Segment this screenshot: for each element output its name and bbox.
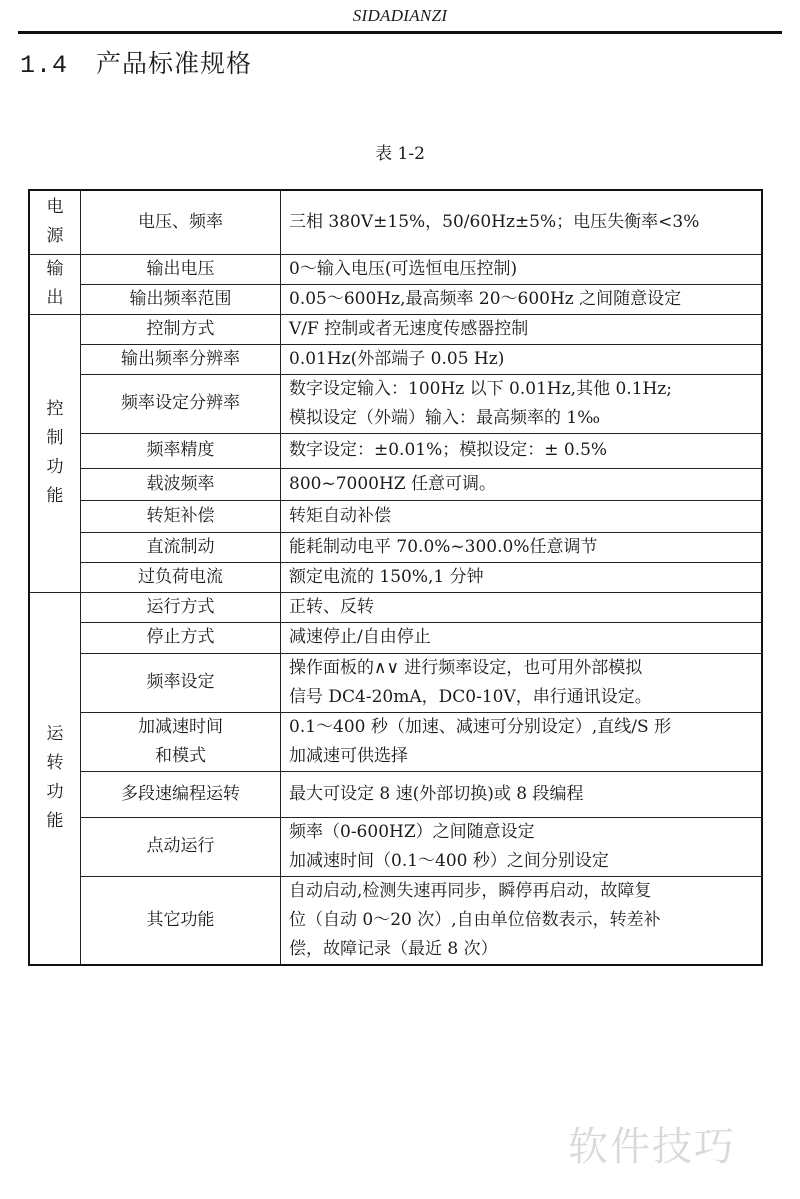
table-row: 控制功能控制方式V/F 控制或者无速度传感器控制 [29, 314, 762, 344]
row-value: 转矩自动补偿 [281, 500, 763, 532]
row-value: 正转、反转 [281, 592, 763, 622]
row-value: 0.1～400 秒（加速、减速可分别设定）,直线/S 形加减速可供选择 [281, 712, 763, 771]
table-row: 停止方式减速停止/自由停止 [29, 622, 762, 653]
row-value: 数字设定输入：100Hz 以下 0.01Hz,其他 0.1Hz;模拟设定（外端）… [281, 374, 763, 433]
table-row: 直流制动能耗制动电平 70.0%~300.0%任意调节 [29, 532, 762, 562]
section-title: 产品标准规格 [96, 49, 252, 78]
row-value: 自动启动,检测失速再同步，瞬停再启动，故障复位（自动 0～20 次）,自由单位倍… [281, 876, 763, 965]
table-row: 输出频率分辨率0.01Hz(外部端子 0.05 Hz) [29, 344, 762, 374]
row-label: 加减速时间和模式 [81, 712, 281, 771]
table-row: 电源电压、频率三相 380V±15%，50/60Hz±5%；电压失衡率<3% [29, 190, 762, 254]
row-label: 控制方式 [81, 314, 281, 344]
row-label: 运行方式 [81, 592, 281, 622]
table-row: 频率精度数字设定：±0.01%；模拟设定：± 0.5% [29, 433, 762, 468]
row-label: 多段速编程运转 [81, 771, 281, 817]
table-row: 频率设定分辨率数字设定输入：100Hz 以下 0.01Hz,其他 0.1Hz;模… [29, 374, 762, 433]
row-value: 额定电流的 150%,1 分钟 [281, 562, 763, 592]
group-cell: 控制功能 [29, 314, 81, 592]
row-label: 输出电压 [81, 254, 281, 284]
group-cell: 运转功能 [29, 592, 81, 965]
row-label: 频率设定 [81, 653, 281, 712]
row-value: 数字设定：±0.01%；模拟设定：± 0.5% [281, 433, 763, 468]
group-cell: 电源 [29, 190, 81, 254]
row-label: 频率设定分辨率 [81, 374, 281, 433]
table-row: 转矩补偿转矩自动补偿 [29, 500, 762, 532]
table-row: 其它功能自动启动,检测失速再同步，瞬停再启动，故障复位（自动 0～20 次）,自… [29, 876, 762, 965]
row-label: 载波频率 [81, 468, 281, 500]
spec-table: 电源电压、频率三相 380V±15%，50/60Hz±5%；电压失衡率<3%输出… [28, 189, 763, 966]
table-row: 加减速时间和模式0.1～400 秒（加速、减速可分别设定）,直线/S 形加减速可… [29, 712, 762, 771]
row-value: 0～输入电压(可选恒电压控制) [281, 254, 763, 284]
table-row: 点动运行频率（0-600HZ）之间随意设定加减速时间（0.1～400 秒）之间分… [29, 817, 762, 876]
row-label: 输出频率分辨率 [81, 344, 281, 374]
section-number: 1.4 [20, 51, 68, 80]
row-label: 停止方式 [81, 622, 281, 653]
running-header-brand: SIDADIANZI [0, 6, 800, 26]
row-value: 0.05～600Hz,最高频率 20～600Hz 之间随意设定 [281, 284, 763, 314]
header-rule [18, 31, 782, 34]
table-caption: 表 1-2 [0, 139, 800, 164]
row-value: 三相 380V±15%，50/60Hz±5%；电压失衡率<3% [281, 190, 763, 254]
row-label: 频率精度 [81, 433, 281, 468]
table-row: 运转功能运行方式正转、反转 [29, 592, 762, 622]
row-value: V/F 控制或者无速度传感器控制 [281, 314, 763, 344]
section-heading: 1.4产品标准规格 [20, 44, 252, 80]
row-value: 800~7000HZ 任意可调。 [281, 468, 763, 500]
table-row: 频率设定操作面板的∧∨ 进行频率设定，也可用外部模拟信号 DC4-20mA，DC… [29, 653, 762, 712]
row-label: 输出频率范围 [81, 284, 281, 314]
row-value: 频率（0-600HZ）之间随意设定加减速时间（0.1～400 秒）之间分别设定 [281, 817, 763, 876]
group-cell: 输出 [29, 254, 81, 314]
row-label: 点动运行 [81, 817, 281, 876]
row-label: 过负荷电流 [81, 562, 281, 592]
row-value: 操作面板的∧∨ 进行频率设定，也可用外部模拟信号 DC4-20mA，DC0-10… [281, 653, 763, 712]
row-value: 减速停止/自由停止 [281, 622, 763, 653]
row-value: 0.01Hz(外部端子 0.05 Hz) [281, 344, 763, 374]
row-value: 能耗制动电平 70.0%~300.0%任意调节 [281, 532, 763, 562]
table-row: 载波频率800~7000HZ 任意可调。 [29, 468, 762, 500]
table-row: 输出输出电压0～输入电压(可选恒电压控制) [29, 254, 762, 284]
row-label: 直流制动 [81, 532, 281, 562]
table-row: 多段速编程运转最大可设定 8 速(外部切换)或 8 段编程 [29, 771, 762, 817]
table-row: 输出频率范围0.05～600Hz,最高频率 20～600Hz 之间随意设定 [29, 284, 762, 314]
row-value: 最大可设定 8 速(外部切换)或 8 段编程 [281, 771, 763, 817]
row-label: 电压、频率 [81, 190, 281, 254]
table-row: 过负荷电流额定电流的 150%,1 分钟 [29, 562, 762, 592]
watermark: 软件技巧 [568, 1115, 736, 1172]
row-label: 转矩补偿 [81, 500, 281, 532]
row-label: 其它功能 [81, 876, 281, 965]
